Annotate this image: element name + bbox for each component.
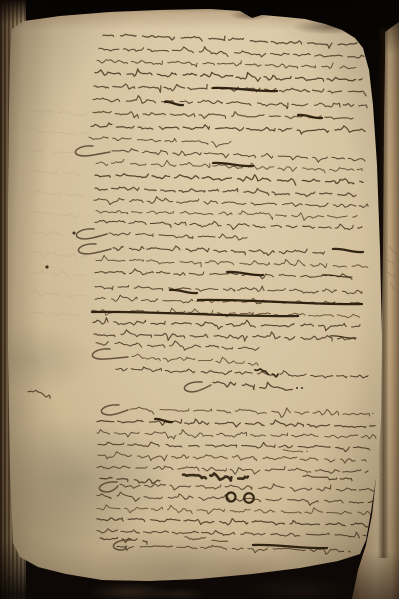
manuscript-page — [0, 0, 399, 599]
manuscript-photo — [0, 0, 399, 599]
